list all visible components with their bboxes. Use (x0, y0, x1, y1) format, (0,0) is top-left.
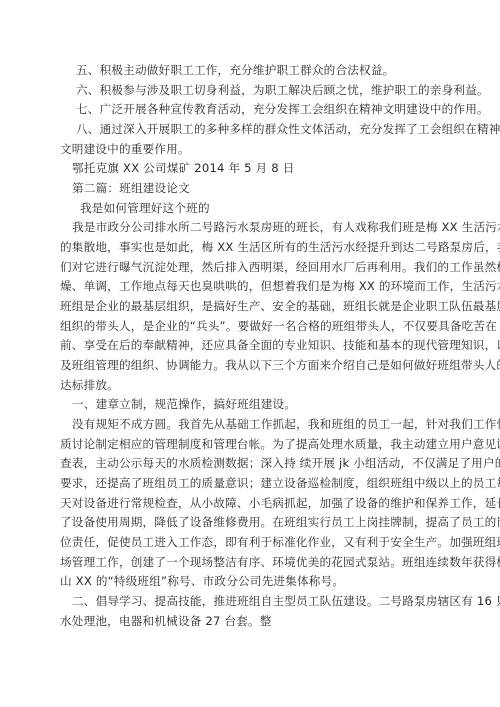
paragraph-line: 位责任，促使员工进入工作态，即有利于标准化作业，又有利于安全生产。加强班组现 (60, 533, 444, 553)
paragraph-line: 燥、单调，工作地点每天也臭哄哄的，但想着我们是为梅 XX 的环境而工作，生活污水 (60, 277, 444, 297)
article-title: 我是如何管理好这个班的 (60, 199, 444, 219)
subsection-heading: 二、倡导学习、提高技能，推进班组自主型员工队伍建设。二号路泵房辖区有 16 只 (60, 592, 444, 612)
paragraph-line: 场管理工作，创建了一个现场整洁有序、环境优美的花园式泵站。班组连续数年获得梅 (60, 553, 444, 573)
paragraph-line: 七、广泛开展各种宣传教育活动，充分发挥工会组织在精神文明建设中的作用。 (60, 100, 444, 120)
paragraph-line: 六、积极参与涉及职工切身利益，为职工解决后顾之忧，维护职工的亲身利益。 (60, 81, 444, 101)
subsection-heading: 一、建章立制，规范操作，搞好班组建设。 (60, 395, 444, 415)
paragraph-line: 要求，还提高了班组员工的质量意识；建立设备巡检制度，组织班组中级以上的员工每 (60, 474, 444, 494)
paragraph-line: 了设备使用周期，降低了设备维修费用。在班组实行员工上岗挂牌制，提高了员工的岗 (60, 513, 444, 533)
paragraph-line: 班组是企业的最基层组织，是搞好生产、安全的基础，班组长就是企业职工队伍最基层 (60, 297, 444, 317)
paragraph-line: 的集散地，事实也是如此，梅 XX 生活区所有的生活污水经提升到达二号路泵房后，我 (60, 238, 444, 258)
paragraph-line: 查表，主动公示每天的水质检测数据；深入持 续开展 jk 小组活动，不仅满足了用户… (60, 454, 444, 474)
signature-line: 鄂托克旗 XX 公司煤矿 2014 年 5 月 8 日 (60, 159, 444, 179)
paragraph-line: 山 XX 的“特级班组”称号、市政分公司先进集体称号。 (60, 572, 444, 592)
paragraph-line: 天对设备进行常规检查，从小故障、小毛病抓起，加强了设备的维护和保养工作，延长 (60, 494, 444, 514)
paragraph-line: 组织的带头人，是企业的“兵头”。要做好一名合格的班组带头人，不仅要具备吃苦在 (60, 317, 444, 337)
section-heading: 第二篇：班组建设论文 (60, 179, 444, 199)
paragraph-line: 前、享受在后的奉献精神，还应具备全面的专业知识、技能和基本的现代管理知识，以 (60, 336, 444, 356)
paragraph-line: 我是市政分公司排水所二号路污水泵房班的班长，有人戏称我们班是梅 XX 生活污水 (60, 218, 444, 238)
paragraph-line: 五、积极主动做好职工工作，充分维护职工群众的合法权益。 (60, 61, 444, 81)
paragraph-line: 们对它进行曝气沉淀处理，然后排入西明渠，经回用水厂后再利用。我们的工作虽然枯 (60, 258, 444, 278)
document-body: 五、积极主动做好职工工作，充分维护职工群众的合法权益。 六、积极参与涉及职工切身… (60, 61, 444, 631)
paragraph-line: 水处理池，电器和机械设备 27 台套。整 (60, 612, 444, 632)
paragraph-line: 及班组管理的组织、协调能力。我从以下三个方面来介绍自己是如何做好班组带头人的。 (60, 356, 444, 376)
paragraph-line: 八、通过深入开展职工的多种多样的群众性文体活动，充分发挥了工会组织在精神 (60, 120, 444, 140)
paragraph-line: 达标排放。 (60, 376, 444, 396)
paragraph-line: 文明建设中的重要作用。 (60, 140, 444, 160)
paragraph-line: 没有规矩不成方圆。我首先从基础工作抓起，我和班组的员工一起，针对我们工作性 (60, 415, 444, 435)
document-page: 五、积极主动做好职工工作，充分维护职工群众的合法权益。 六、积极参与涉及职工切身… (0, 0, 500, 707)
paragraph-line: 质讨论制定相应的管理制度和管理台帐。为了提高处理水质量，我主动建立用户意见调 (60, 435, 444, 455)
